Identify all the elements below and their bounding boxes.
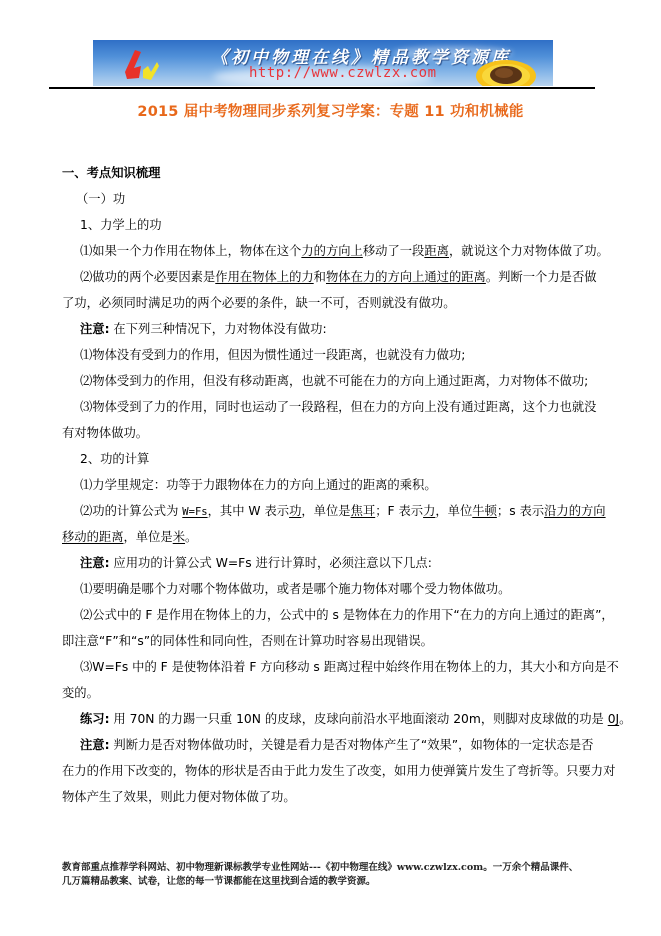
list-item: ⑵公式中的 F 是作用在物体上的力，公式中的 s 是物体在力的作用下“在力的方向…: [62, 602, 614, 628]
key-term: 力的方向上: [301, 244, 363, 258]
footer-line: 几万篇精品教案、试卷，让您的每一节课都能在这里找到合适的教学资源。: [62, 875, 622, 889]
formula: W=Fs: [182, 506, 207, 518]
key-term: 作用在物体上的力: [215, 270, 313, 284]
footer-line: 教育部重点推荐学科网站、初中物理新课标教学专业性网站---《初中物理在线》www…: [62, 861, 622, 875]
paragraph-formula-cont: 移动的距离，单位是米。: [62, 524, 197, 550]
note-no-work: 注意: 在下列三种情况下，力对物体没有做功:: [62, 316, 327, 342]
list-item-cont: 变的。: [62, 680, 99, 706]
paragraph-calc-definition: ⑴力学里规定：功等于力跟物体在力的方向上通过的距离的乘积。: [62, 472, 437, 498]
list-item: ⑵物体受到力的作用，但没有移动距离，也就不可能在力的方向上通过距离，力对物体不做…: [62, 368, 588, 394]
sunflower-icon: [475, 56, 537, 86]
note-effect-cont: 物体产生了效果，则此力便对物体做了功。: [62, 784, 296, 810]
exercise: 练习: 用 70N 的力踢一只重 10N 的皮球，皮球向前沿水平地面滚动 20m…: [62, 706, 631, 732]
header-divider: [49, 87, 595, 89]
note-label: 注意:: [80, 738, 110, 752]
key-term: 距离: [424, 244, 449, 258]
key-term: 物体在力的方向上通过的距离: [326, 270, 486, 284]
page-footer: 教育部重点推荐学科网站、初中物理新课标教学专业性网站---《初中物理在线》www…: [62, 861, 622, 889]
banner-url[interactable]: http://www.czwlzx.com: [249, 65, 437, 81]
paragraph-factors-cont: 了功，必须同时满足功的两个必要的条件，缺一不可，否则就没有做功。: [62, 290, 456, 316]
list-item-cont: 即注意“F”和“s”的同体性和同向性，否则在计算功时容易出现错误。: [62, 628, 433, 654]
key-term: 焦耳: [351, 504, 376, 518]
note-effect: 注意: 判断力是否对物体做功时，关键是看力是否对物体产生了“效果”，如物体的一定…: [62, 732, 593, 758]
subsection-heading: （一）功: [58, 186, 125, 212]
key-term: 牛顿: [472, 504, 497, 518]
exercise-label: 练习:: [80, 712, 110, 726]
key-term: 沿力的方向: [544, 504, 606, 518]
note-formula: 注意: 应用功的计算公式 W=Fs 进行计算时，必须注意以下几点:: [62, 550, 432, 576]
paragraph-factors: ⑵做功的两个必要因素是作用在物体上的力和物体在力的方向上通过的距离。判断一个力是…: [62, 264, 597, 290]
key-term: 米: [173, 530, 185, 544]
list-item: ⑶物体受到了力的作用，同时也运动了一段路程，但在力的方向上没有通过距离，这个力也…: [62, 394, 596, 420]
site-logo-icon: [121, 48, 161, 82]
key-term: 力: [423, 504, 435, 518]
topic-heading: 2、功的计算: [62, 446, 149, 472]
section-heading: 一、考点知识梳理: [62, 160, 160, 186]
list-item: ⑴物体没有受到力的作用，但因为惯性通过一段距离，也就没有力做功;: [62, 342, 465, 368]
list-item-cont: 有对物体做功。: [62, 420, 148, 446]
site-banner: 《初中物理在线》精品教学资源库 http://www.czwlzx.com: [93, 40, 553, 86]
key-term: 功: [289, 504, 301, 518]
topic-heading: 1、力学上的功: [62, 212, 162, 238]
key-term: 移动的距离: [62, 530, 124, 544]
note-effect-cont: 在力的作用下改变的，物体的形状是否由于此力发生了改变，如用力使弹簧片发生了弯折等…: [62, 758, 615, 784]
list-item: ⑶W=Fs 中的 F 是使物体沿着 F 方向移动 s 距离过程中始终作用在物体上…: [62, 654, 619, 680]
paragraph-formula: ⑵功的计算公式为 W=Fs，其中 W 表示功，单位是焦耳；F 表示力，单位牛顿；…: [62, 498, 606, 525]
document-title: 2015 届中考物理同步系列复习学案：专题 11 功和机械能: [0, 100, 661, 121]
list-item: ⑴要明确是哪个力对哪个物体做功，或者是哪个施力物体对哪个受力物体做功。: [62, 576, 510, 602]
paragraph-definition: ⑴如果一个力作用在物体上，物体在这个力的方向上移动了一段距离，就说这个力对物体做…: [62, 238, 609, 264]
note-label: 注意:: [80, 556, 110, 570]
note-label: 注意:: [80, 322, 110, 336]
exercise-answer: 0J: [608, 712, 619, 726]
